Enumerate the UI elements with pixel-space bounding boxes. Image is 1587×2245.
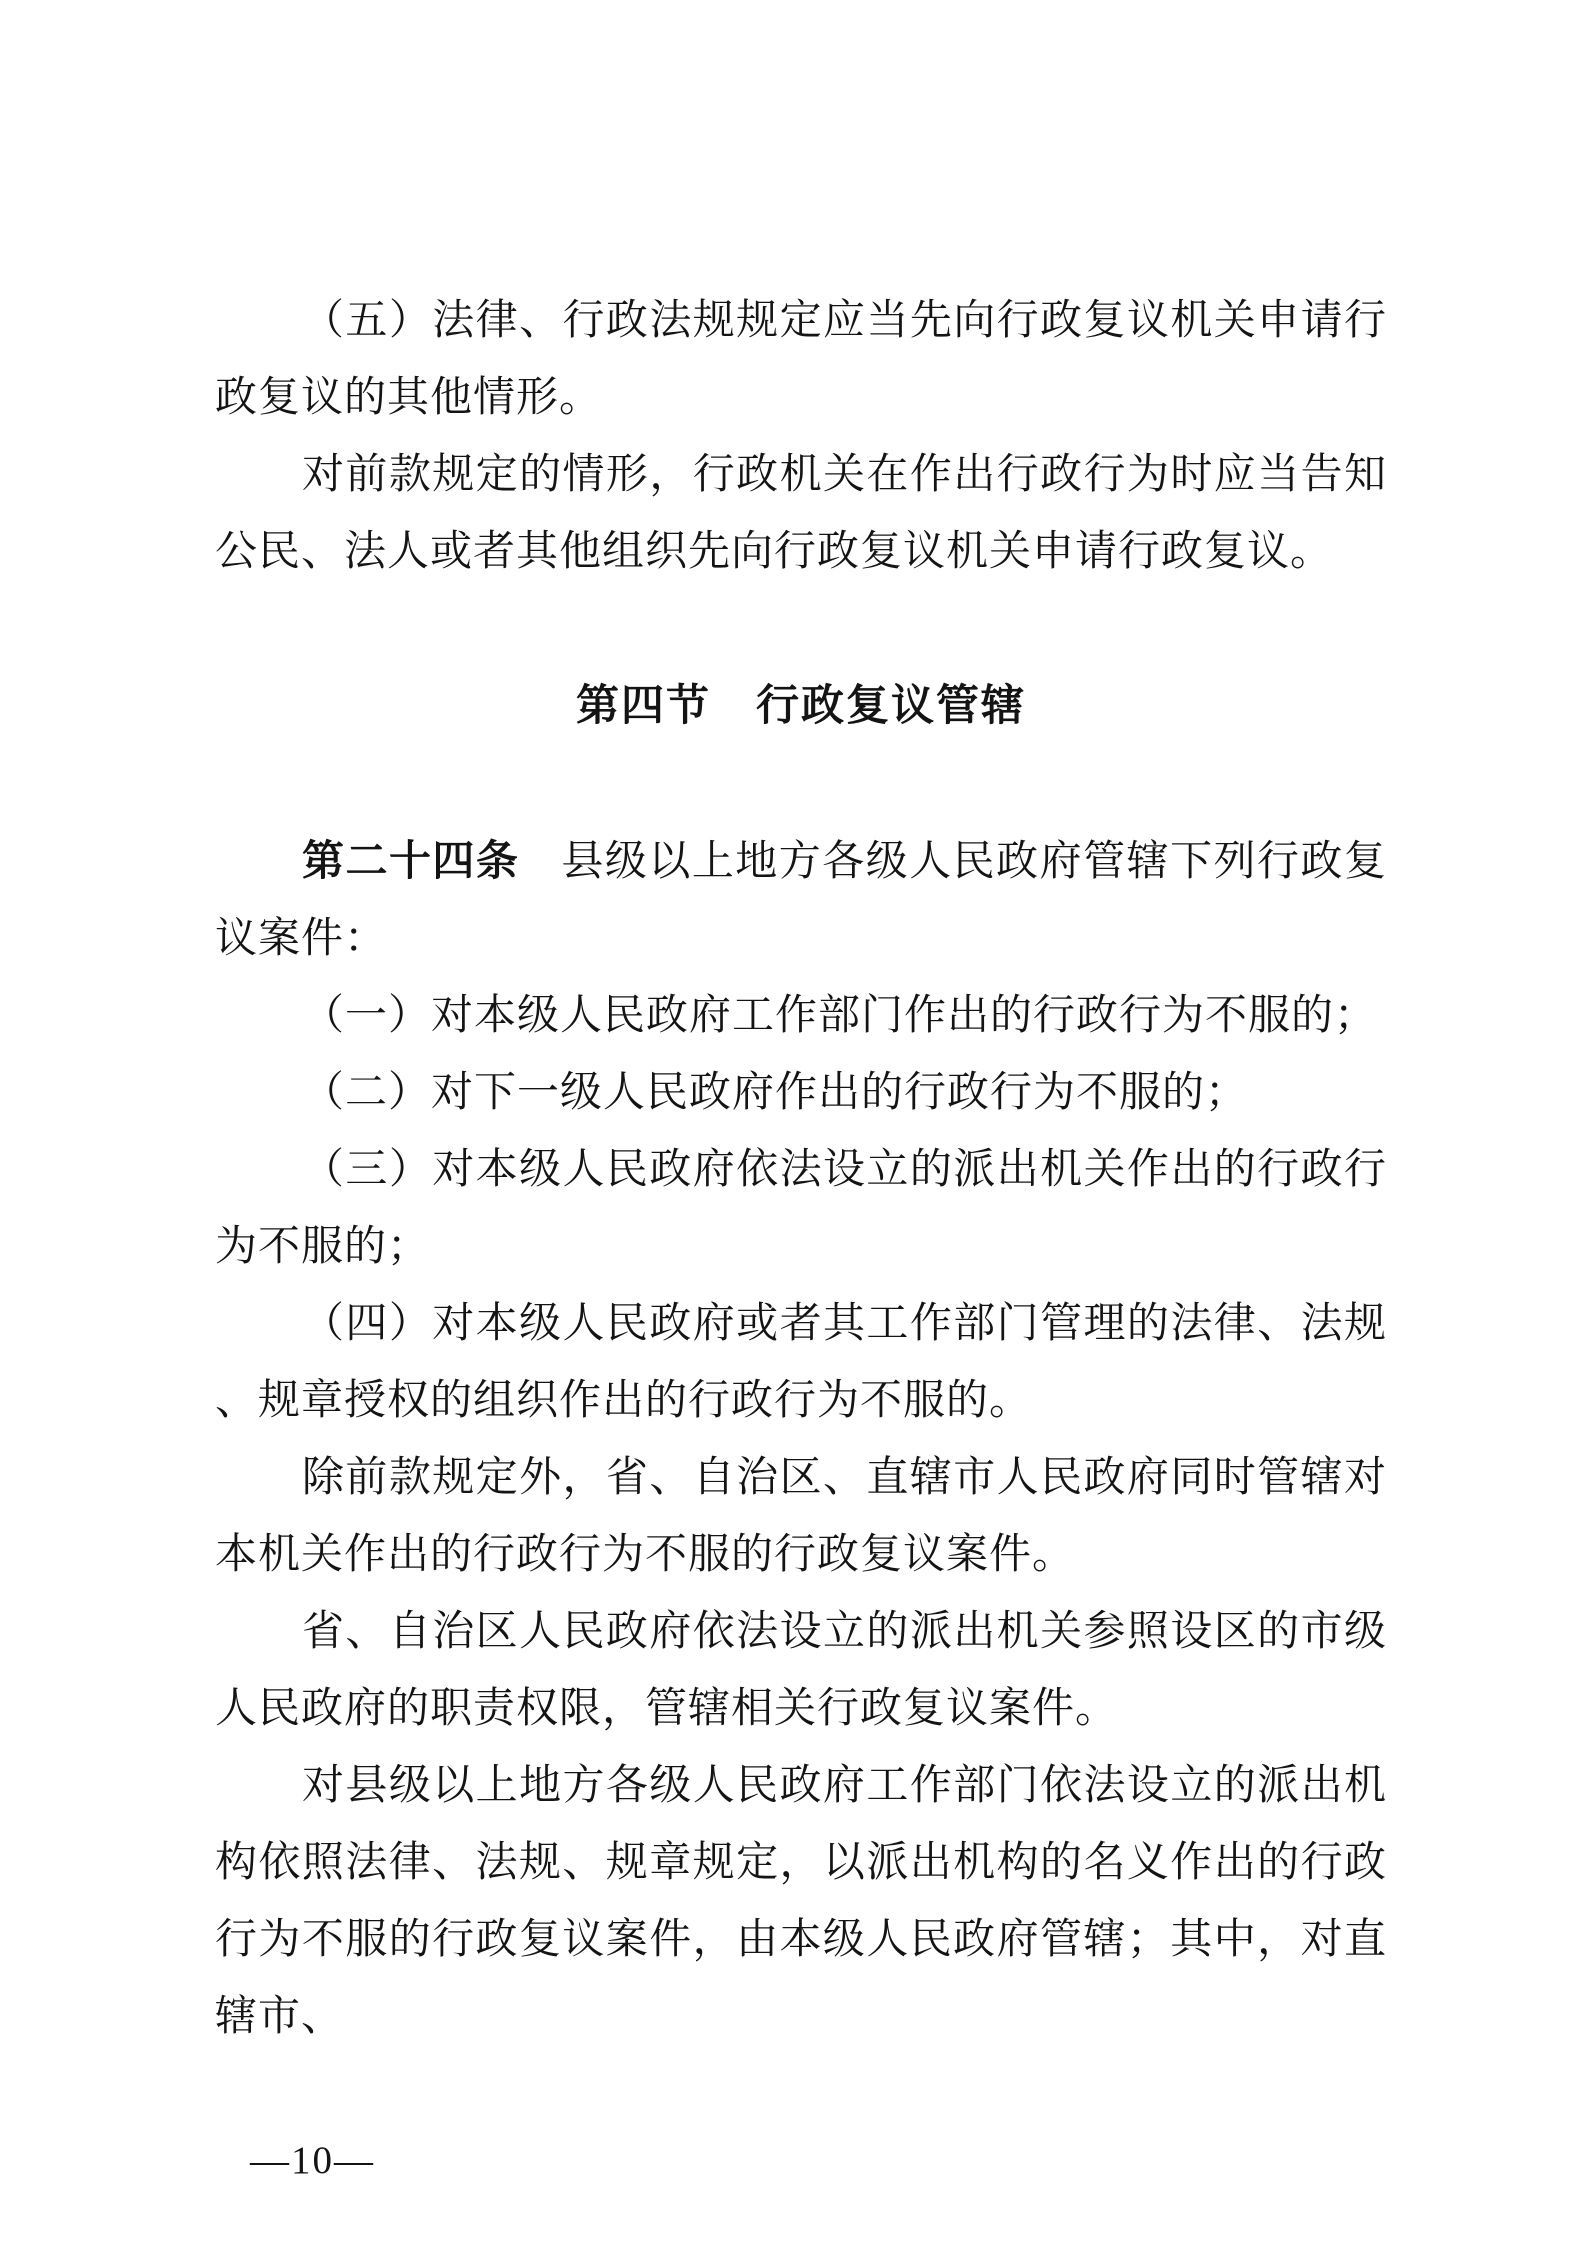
- item-4-paragraph: （四）对本级人民政府或者其工作部门管理的法律、法规、规章授权的组织作出的行政行为…: [215, 1286, 1387, 1440]
- page-number: —10—: [250, 2138, 375, 2184]
- notice-obligation-paragraph: 对前款规定的情形，行政机关在作出行政行为时应当告知公民、法人或者其他组织先向行政…: [215, 437, 1387, 591]
- article-24-number: 第二十四条: [302, 837, 519, 884]
- section-heading: 第四节 行政复议管辖: [215, 668, 1387, 745]
- dispatched-organ-paragraph: 省、自治区人民政府依法设立的派出机关参照设区的市级人民政府的职责权限，管辖相关行…: [215, 1594, 1387, 1748]
- dispatched-agency-paragraph: 对县级以上地方各级人民政府工作部门依法设立的派出机构依照法律、法规、规章规定，以…: [215, 1748, 1387, 2056]
- document-page: （五）法律、行政法规规定应当先向行政复议机关申请行政复议的其他情形。 对前款规定…: [0, 0, 1587, 2245]
- document-content: （五）法律、行政法规规定应当先向行政复议机关申请行政复议的其他情形。 对前款规定…: [215, 283, 1387, 2056]
- item-1-paragraph: （一）对本级人民政府工作部门作出的行政行为不服的；: [215, 978, 1387, 1055]
- item-3-paragraph: （三）对本级人民政府依法设立的派出机关作出的行政行为不服的；: [215, 1132, 1387, 1286]
- item-2-paragraph: （二）对下一级人民政府作出的行政行为不服的；: [215, 1055, 1387, 1132]
- clause-5-paragraph: （五）法律、行政法规规定应当先向行政复议机关申请行政复议的其他情形。: [215, 283, 1387, 437]
- article-24-paragraph: 第二十四条县级以上地方各级人民政府管辖下列行政复议案件：: [215, 822, 1387, 978]
- provincial-jurisdiction-paragraph: 除前款规定外，省、自治区、直辖市人民政府同时管辖对本机关作出的行政行为不服的行政…: [215, 1440, 1387, 1594]
